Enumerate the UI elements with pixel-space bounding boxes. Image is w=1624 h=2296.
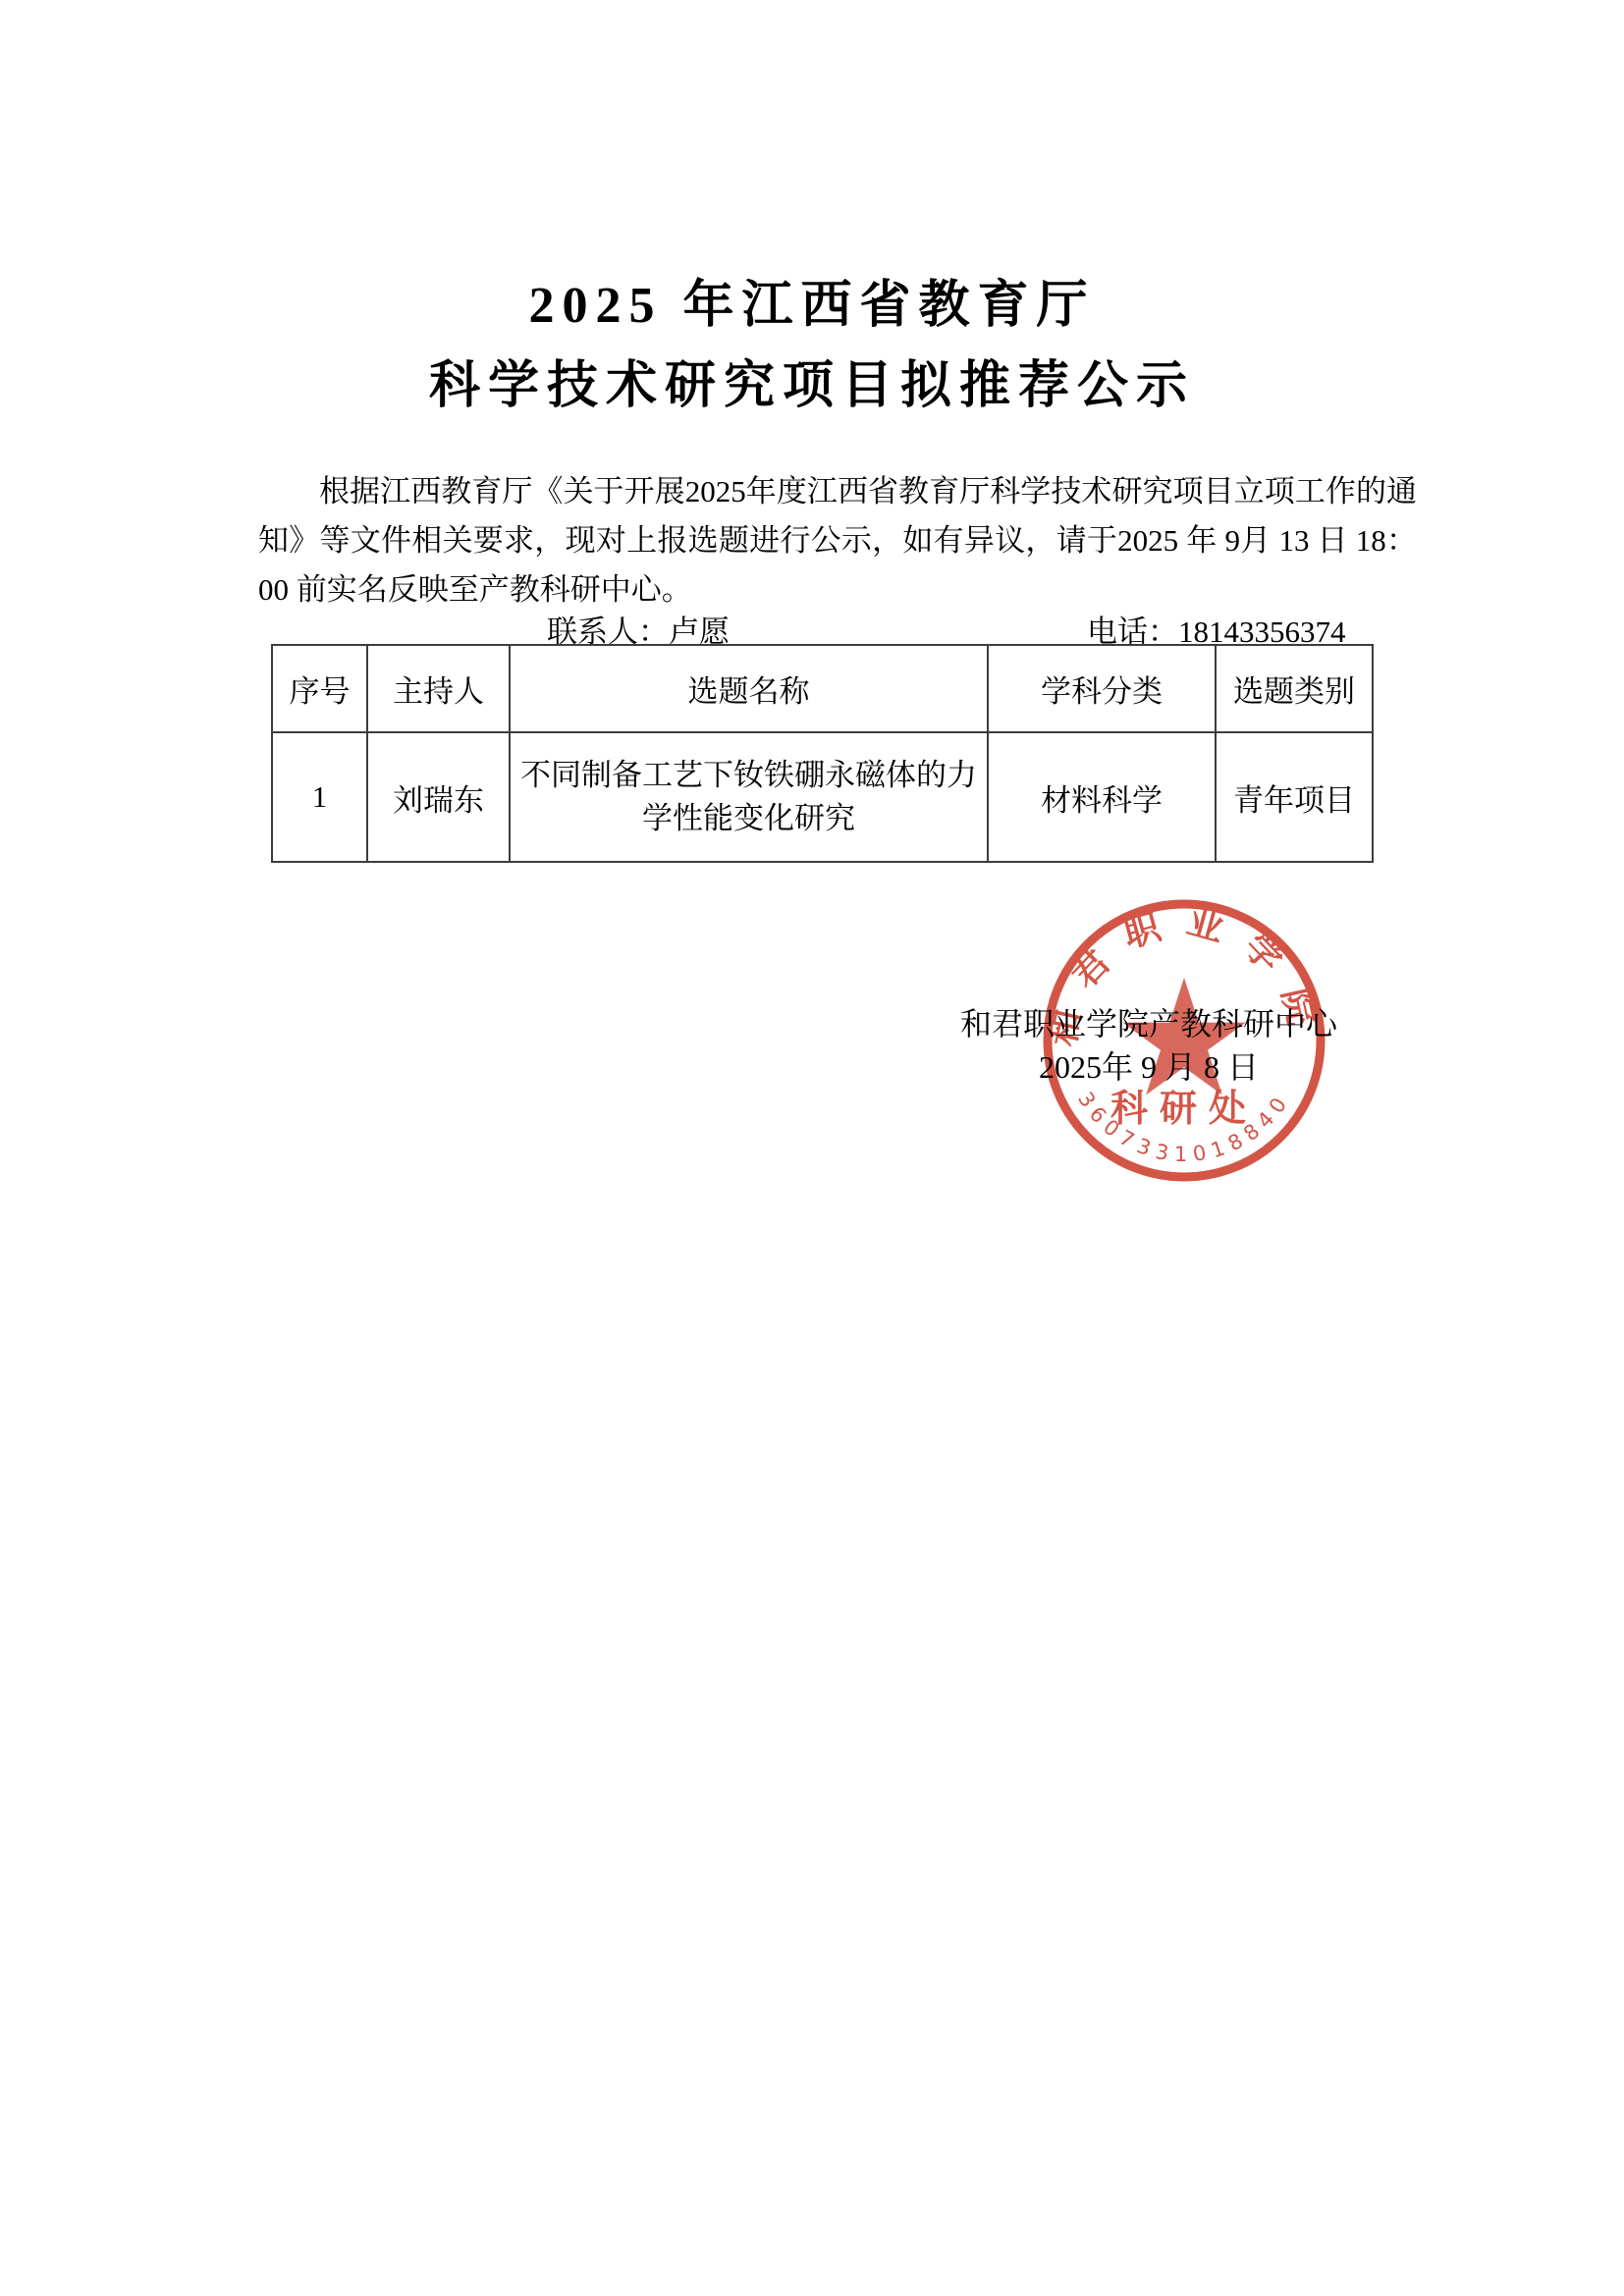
col-header-discipline: 学科分类 bbox=[988, 645, 1216, 732]
cell-discipline: 材料科学 bbox=[988, 732, 1216, 862]
official-seal-stamp: 和君职业学院 科研处 3607331018840 bbox=[1037, 893, 1331, 1188]
col-header-type: 选题类别 bbox=[1216, 645, 1373, 732]
col-header-host: 主持人 bbox=[367, 645, 510, 732]
cell-seq: 1 bbox=[272, 732, 367, 862]
cell-topic: 不同制备工艺下钕铁硼永磁体的力学性能变化研究 bbox=[510, 732, 988, 862]
table-header-row: 序号 主持人 选题名称 学科分类 选题类别 bbox=[272, 645, 1373, 732]
document-title-line1: 2025 年江西省教育厅 bbox=[0, 263, 1624, 337]
contact-line: 联系人：卢愿 电话：18143356374 bbox=[0, 607, 1624, 648]
notice-paragraph: 根据江西教育厅《关于开展2025年度江西省教育厅科学技术研究项目立项工作的通知》… bbox=[258, 467, 1417, 614]
projects-table: 序号 主持人 选题名称 学科分类 选题类别 1 刘瑞东 不同制备工艺下钕铁硼永磁… bbox=[271, 644, 1374, 863]
col-header-topic: 选题名称 bbox=[510, 645, 988, 732]
table-row: 1 刘瑞东 不同制备工艺下钕铁硼永磁体的力学性能变化研究 材料科学 青年项目 bbox=[272, 732, 1373, 862]
document-page: 2025 年江西省教育厅 科学技术研究项目拟推荐公示 根据江西教育厅《关于开展2… bbox=[0, 0, 1624, 2296]
cell-host: 刘瑞东 bbox=[367, 732, 510, 862]
seal-dept-label: 科研处 bbox=[1110, 1089, 1258, 1130]
seal-star-icon bbox=[1122, 978, 1246, 1095]
cell-type: 青年项目 bbox=[1216, 732, 1373, 862]
document-title-line2: 科学技术研究项目拟推荐公示 bbox=[0, 344, 1624, 417]
col-header-seq: 序号 bbox=[272, 645, 367, 732]
